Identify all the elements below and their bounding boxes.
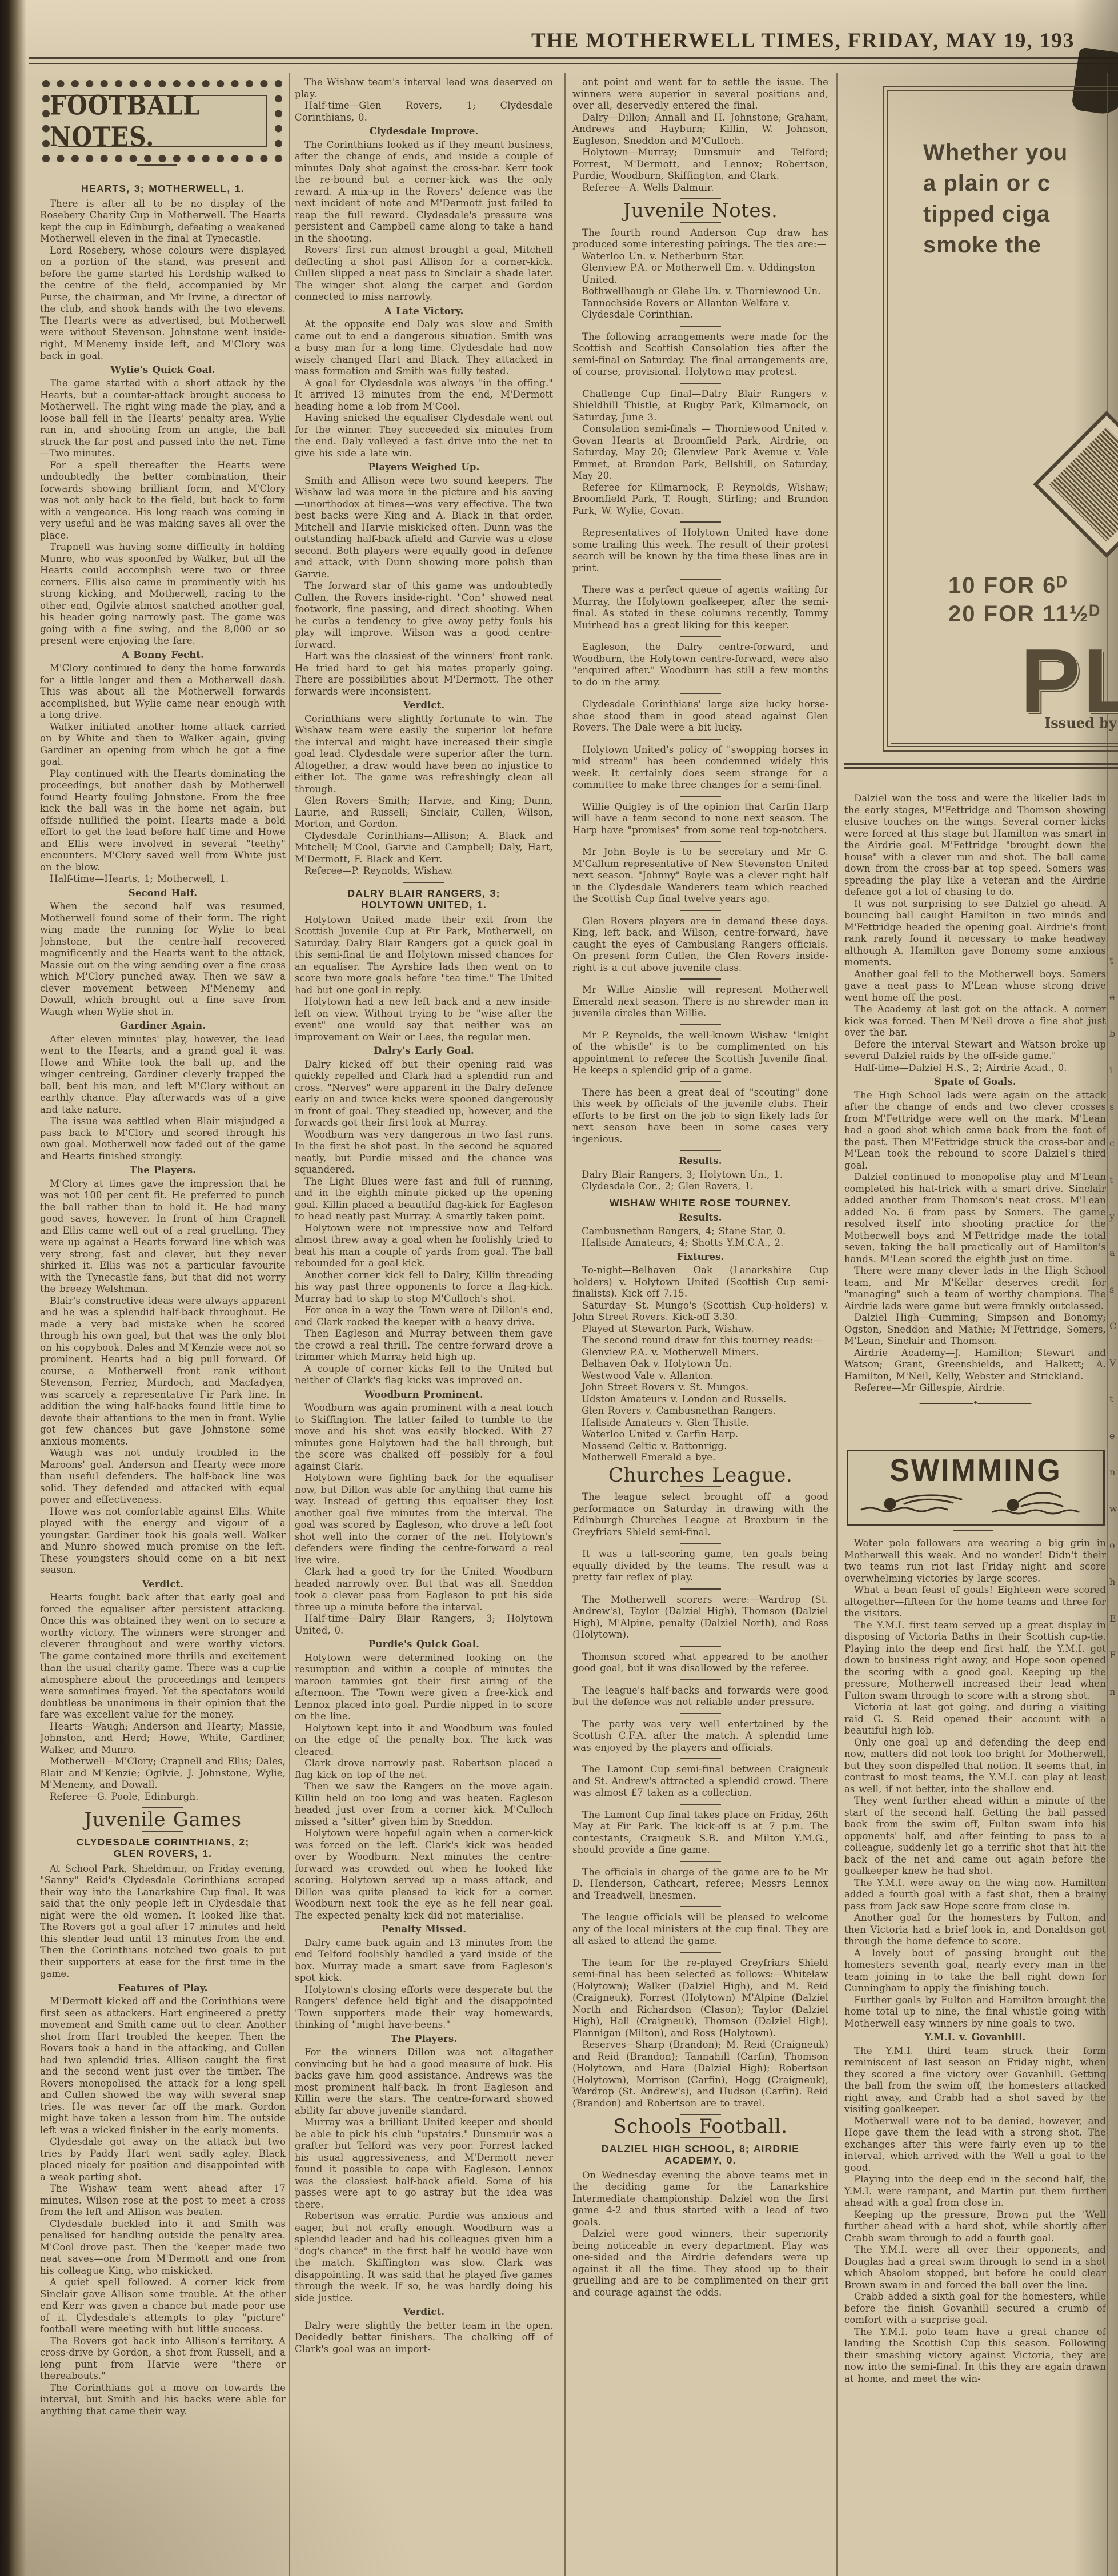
column-rule-3 <box>836 73 838 2576</box>
crosshead: Second Half. <box>40 888 286 900</box>
paragraph: Clark had a good try for the United. Woo… <box>295 1566 553 1613</box>
ornament-divider: ――――――•―――――― <box>844 1398 1106 1410</box>
paragraph: Holytown's closing efforts were desperat… <box>295 1984 553 2031</box>
paragraph: The second round draw for this tourney r… <box>572 1335 828 1347</box>
paragraph: The Corinthians got a move on towards th… <box>40 2382 286 2418</box>
crosshead: Features of Play. <box>40 1983 286 1995</box>
paragraph: Clydesdale buckled into it and Smith was… <box>40 2218 286 2277</box>
paragraph: The league's half-backs and forwards wer… <box>572 1685 828 1708</box>
paragraph: A lovely bout of passing brought out the… <box>844 1948 1106 1995</box>
paragraph: Dalziel were good winners, their superio… <box>572 2228 828 2298</box>
football-notes-box: FOOTBALL NOTES. <box>42 80 282 162</box>
football-notes-divider <box>137 164 177 166</box>
paragraph: Half-time—Dalziel H.S., 2; Airdrie Acad.… <box>844 1062 1106 1074</box>
section-heading: Juvenile Games <box>40 1814 286 1826</box>
crosshead: Verdict. <box>40 1579 286 1591</box>
crosshead: The Players. <box>295 2033 553 2045</box>
ad-frame: Whether you a plain or c tipped ciga smo… <box>887 90 1118 747</box>
divider-rule <box>680 693 721 694</box>
crosshead: Verdict. <box>295 700 553 712</box>
paragraph: Referee—G. Poole, Edinburgh. <box>40 1791 286 1803</box>
paragraph: Victoria at last got going, and during a… <box>844 1702 1106 1737</box>
ad-price-10: 10 FOR 6ᴰ <box>948 573 1068 599</box>
paragraph: For once in a way the 'Town were at Dill… <box>295 1305 553 1328</box>
column-4-lower: Water polo followers are wearing a big g… <box>844 1538 1106 2575</box>
paragraph: Hearts fought back after that early goal… <box>40 1592 286 1721</box>
paragraph: M'Clory continued to deny the home forwa… <box>40 663 286 721</box>
divider-rule <box>680 636 721 637</box>
paragraph: Before the interval Stewart and Watson b… <box>844 1039 1106 1062</box>
paragraph: Crabb added a sixth goal for the homeste… <box>844 2291 1106 2326</box>
divider-rule <box>680 383 721 384</box>
paragraph: After eleven minutes' play, however, the… <box>40 1034 286 1116</box>
ad-headline-line1: Whether you <box>923 140 1068 166</box>
column-2: The Wishaw team's interval lead was dese… <box>295 77 553 2574</box>
divider-rule <box>680 841 721 842</box>
score-heading: DALZIEL HIGH SCHOOL, 8; AIRDRIE ACADEMY,… <box>572 2143 828 2166</box>
cut-off-column-fragments: t e b i s c t y a s C V t e n w o h E F … <box>1109 942 1118 2542</box>
score-heading: CLYDESDALE CORINTHIANS, 2; GLEN ROVERS, … <box>40 1836 286 1860</box>
paragraph: At School Park, Shieldmuir, on Friday ev… <box>40 1863 286 1980</box>
crosshead: Spate of Goals. <box>844 1076 1106 1088</box>
divider-rule <box>680 1906 721 1907</box>
paragraph: Robertson was erratic. Purdie was anxiou… <box>295 2210 553 2304</box>
divider-rule <box>680 1861 721 1862</box>
paragraph: Motherwell were not to be denied, howeve… <box>844 2116 1106 2174</box>
paragraph: They went further ahead within a minute … <box>844 1795 1106 1877</box>
paragraph: A quiet spell followed. A corner kick fr… <box>40 2277 286 2336</box>
divider-rule <box>680 1679 721 1680</box>
column-3: ant point and went far to settle the iss… <box>572 77 828 2574</box>
crosshead: Dalry's Early Goal. <box>295 1045 553 1057</box>
paragraph: Another goal for the homesters by Fulton… <box>844 1912 1106 1948</box>
crosshead: Players Weighed Up. <box>295 462 553 474</box>
crosshead: Results. <box>572 1212 828 1224</box>
paragraph: Walker initiated another home attack car… <box>40 721 286 768</box>
score-heading: DALRY BLAIR RANGERS, 3; HOLYTOWN UNITED,… <box>295 888 553 911</box>
paragraph: Holytown—Murray; Dunsmuir and Telford; F… <box>572 147 828 182</box>
crosshead: Fixtures. <box>572 1251 828 1263</box>
paragraph: Motherwell—M'Clory; Crapnell and Ellis; … <box>40 1756 286 1791</box>
paragraph: Hearts—Waugh; Anderson and Hearty; Massi… <box>40 1721 286 1756</box>
ad-headline-line4: smoke the <box>923 232 1041 258</box>
paragraph: The Y.M.I. were away on the wing now. Ha… <box>844 1877 1106 1913</box>
paragraph: The officials in charge of the game are … <box>572 1867 828 1902</box>
fixture-list: Glenview P.A. v. Motherwell Miners. Belh… <box>572 1347 828 1464</box>
paragraph: Mr Willie Ainslie will represent Motherw… <box>572 984 828 1020</box>
paragraph: The Wishaw team went ahead after 17 minu… <box>40 2183 286 2218</box>
ad-inner-frame: Whether you a plain or c tipped ciga smo… <box>891 94 1118 744</box>
paragraph: Further goals by Fulton and Hamilton bro… <box>844 1995 1106 2030</box>
crosshead: Penalty Missed. <box>295 1924 553 1936</box>
fixture-list: Waterloo Un. v. Netherburn Star. Glenvie… <box>572 251 828 321</box>
swimmers-illustration <box>848 1484 1103 1522</box>
ad-issued-by: Issued by The <box>1044 715 1118 731</box>
paragraph: Smith and Allison were two sound keepers… <box>295 475 553 581</box>
paragraph: Holytown had a new left back and a new i… <box>295 996 553 1043</box>
paragraph: The game started with a short attack by … <box>40 378 286 460</box>
paragraph: Half-time—Dalry Blair Rangers, 3; Holyto… <box>295 1613 553 1636</box>
paragraph: Clydesdale got away on the attack but tw… <box>40 2136 286 2183</box>
paragraph: Mr John Boyle is to be secretary and Mr … <box>572 846 828 905</box>
paragraph: At the opposite end Daly was slow and Sm… <box>295 319 553 378</box>
paragraph: Holytown were fighting back for the equa… <box>295 1472 553 1566</box>
paragraph: A couple of corner kicks fell to the Uni… <box>295 1363 553 1387</box>
paragraph: It was not surprising to see Dalziel go … <box>844 898 1106 969</box>
crosshead: The Players. <box>40 1165 286 1177</box>
divider-rule <box>680 796 721 797</box>
paragraph: Holytown were determined looking on the … <box>295 1652 553 1723</box>
column-rule-1 <box>289 73 290 2576</box>
paragraph: Representatives of Holytown United have … <box>572 527 828 574</box>
paragraph: Then Eagleson and Murray between them ga… <box>295 1328 553 1363</box>
paragraph: Airdrie Academy—J. Hamilton; Stewart and… <box>844 1347 1106 1383</box>
paragraph: Glen Rovers players are in demand these … <box>572 916 828 974</box>
paragraph: Blair's constructive ideas were always a… <box>40 1295 286 1448</box>
paragraph: Thomson scored what appeared to be anoth… <box>572 1651 828 1675</box>
football-notes-title: FOOTBALL NOTES. <box>50 90 275 153</box>
paragraph: The Motherwell scorers were:—Wardrop (St… <box>572 1594 828 1641</box>
masthead-rule-top <box>29 57 1118 59</box>
ad-diamond-logo <box>1033 411 1118 557</box>
paragraph: Having snicked the equaliser Clydesdale … <box>295 412 553 459</box>
paragraph: Dalziel continued to monopolise play and… <box>844 1171 1106 1265</box>
masthead-title: THE MOTHERWELL TIMES, FRIDAY, MAY 19, 19… <box>531 29 1075 53</box>
paragraph: The team for the re-played Greyfriars Sh… <box>572 1957 828 2040</box>
paragraph: Lord Rosebery, whose colours were displa… <box>40 245 286 362</box>
paragraph: Holytown United made their exit from the… <box>295 914 553 997</box>
paragraph: Referee—A. Wells Dalmuir. <box>572 182 828 194</box>
paragraph: Reserves—Sharp (Brandon); M. Reid (Craig… <box>572 2039 828 2109</box>
paragraph: Half-time—Hearts, 1; Motherwell, 1. <box>40 873 286 885</box>
paragraph: The Y.M.I. third team struck their form … <box>844 2045 1106 2116</box>
divider-rule <box>680 739 721 740</box>
paragraph: The league select brought off a good per… <box>572 1491 828 1538</box>
paragraph: Murray was a brilliant United keeper and… <box>295 2117 553 2210</box>
paragraph: Dalziel High—Cumming; Simpson and Bonomy… <box>844 1312 1106 1347</box>
paragraph: Hart was the classiest of the winners' f… <box>295 651 553 697</box>
paragraph: The forward star of this game was undoub… <box>295 580 553 651</box>
paragraph: The issue was settled when Blair misjudg… <box>40 1116 286 1162</box>
paragraph: Trapnell was having some difficulty in h… <box>40 541 286 647</box>
paragraph: What a bean feast of goals! Eighteen wer… <box>844 1584 1106 1620</box>
paragraph: Dalry came back again and 13 minutes fro… <box>295 1937 553 1984</box>
paragraph: Referee—Mr Gillespie, Airdrie. <box>844 1382 1106 1394</box>
paragraph: Willie Quigley is of the opinion that Ca… <box>572 801 828 837</box>
paragraph: The party was very well entertained by t… <box>572 1719 828 1754</box>
crosshead: Gardiner Again. <box>40 1020 286 1032</box>
paragraph: Holytown kept into it and Woodburn was f… <box>295 1723 553 1758</box>
paragraph: Saturday—St. Mungo's (Scottish Cup-holde… <box>572 1300 828 1323</box>
crosshead: Verdict. <box>295 2306 553 2318</box>
paragraph: M'Dermott kicked off and the Corinthians… <box>40 1996 286 2136</box>
paragraph: It was a tall-scoring game, ten goals be… <box>572 1548 828 1584</box>
divider-rule <box>680 1646 721 1647</box>
paragraph: The Wishaw team's interval lead was dese… <box>295 77 553 100</box>
divider-rule <box>680 1758 721 1759</box>
paragraph: The following arrangements were made for… <box>572 331 828 378</box>
paragraph: Dalry—Dillon; Annall and H. Johnstone; G… <box>572 112 828 147</box>
paragraph: The Lamont Cup semi-final between Craign… <box>572 1764 828 1799</box>
paragraph: Referee—P. Reynolds, Wishaw. <box>295 865 553 877</box>
swimming-title: SWIMMING <box>848 1453 1103 1489</box>
divider-rule <box>680 1150 721 1151</box>
paragraph: For a spell thereafter the Hearts were u… <box>40 460 286 542</box>
divider-rule <box>680 1952 721 1953</box>
paragraph: Dalry kicked off but their opening raid … <box>295 1059 553 1129</box>
paragraph: Waugh was not unduly troubled in the Mar… <box>40 1447 286 1506</box>
paragraph: Rovers' first run almost brought a goal,… <box>295 244 553 303</box>
paragraph: Woodburn was again prominent with a neat… <box>295 1402 553 1472</box>
paragraph: The Y.M.I. first team served up a great … <box>844 1620 1106 1702</box>
fixture-list: Dalry Blair Rangers, 3; Holytown Un., 1.… <box>572 1169 828 1193</box>
paragraph: Mr P. Reynolds, the well-known Wishaw "k… <box>572 1030 828 1077</box>
divider-rule <box>680 579 721 580</box>
paragraph: The league officials will be pleased to … <box>572 1912 828 1947</box>
section-heading: Juvenile Notes. <box>572 205 828 217</box>
paragraph: The Light Blues were fast and full of ru… <box>295 1176 553 1223</box>
paragraph: There has been a great deal of "scouting… <box>572 1087 828 1146</box>
paragraph: There is after all to be no display of t… <box>40 198 286 245</box>
masthead-rule-bottom <box>29 63 1118 64</box>
paragraph: Water polo followers are wearing a big g… <box>844 1538 1106 1584</box>
paragraph: Playing into the deep end in the second … <box>844 2174 1106 2209</box>
divider-rule <box>680 1081 721 1082</box>
paragraph: Holytown were hopeful again when a corne… <box>295 1828 553 1921</box>
paragraph: A goal for Clydesdale was always "in the… <box>295 378 553 413</box>
paragraph: Clydesdale Corinthians—Allison; A. Black… <box>295 830 553 866</box>
column-1: HEARTS, 3; MOTHERWELL, 1.There is after … <box>40 178 286 2571</box>
paragraph: The Corinthians looked as if they meant … <box>295 139 553 245</box>
newspaper-page: THE MOTHERWELL TIMES, FRIDAY, MAY 19, 19… <box>0 0 1118 2576</box>
paragraph: There were many clever lads in the High … <box>844 1265 1106 1312</box>
divider-rule <box>680 1713 721 1714</box>
divider-rule <box>680 1588 721 1590</box>
paragraph: Challenge Cup final—Dalry Blair Rangers … <box>572 388 828 424</box>
paragraph: Dalry were slightly the better team in t… <box>295 2320 553 2356</box>
ad-price-20: 20 FOR 11½ᴰ <box>948 601 1101 627</box>
section-heading: Churches League. <box>572 1470 828 1482</box>
paragraph: The Academy at last got on the attack. A… <box>844 1004 1106 1039</box>
paragraph: M'Clory at times gave the impression tha… <box>40 1178 286 1295</box>
paragraph: Consolation semi-finals — Thorniewood Un… <box>572 423 828 482</box>
paragraph: Played at Stewarton Park, Wishaw. <box>572 1323 828 1335</box>
paragraph: The High School lads were again on the a… <box>844 1090 1106 1172</box>
divider-rule <box>680 978 721 980</box>
paragraph: On Wednesday evening the above teams met… <box>572 2170 828 2229</box>
paragraph: There was a perfect queue of agents wait… <box>572 584 828 631</box>
cigarette-ad: Whether you a plain or c tipped ciga smo… <box>883 86 1118 752</box>
paragraph: The Lamont Cup final takes place on Frid… <box>572 1809 828 1856</box>
score-heading: HEARTS, 3; MOTHERWELL, 1. <box>40 183 286 195</box>
crosshead: A Late Victory. <box>295 306 553 318</box>
paragraph: Glen Rovers—Smith; Harvie, and King; Dun… <box>295 795 553 830</box>
divider-rule <box>680 326 721 327</box>
column-4-upper: Dalziel won the toss and were the likeli… <box>844 793 1106 1445</box>
paragraph: For the winners Dillon was not altogethe… <box>295 2047 553 2117</box>
paragraph: Howe was not comfortable against Ellis. … <box>40 1506 286 1576</box>
paragraph: Another corner kick fell to Dalry, Killi… <box>295 1270 553 1305</box>
paragraph: Eagleson, the Dalry centre-forward, and … <box>572 641 828 688</box>
fixture-list: Cambusnethan Rangers, 4; Stane Star, 0. … <box>572 1226 828 1249</box>
paragraph: Referee for Kilmarnock, P. Reynolds, Wis… <box>572 482 828 517</box>
paragraph: The Y.M.I. were all over their opponents… <box>844 2244 1106 2291</box>
crosshead: Woodburn Prominent. <box>295 1389 553 1401</box>
crosshead: Purdie's Quick Goal. <box>295 1639 553 1651</box>
paragraph: Clydesdale Corinthians' large size lucky… <box>572 699 828 734</box>
paragraph: The Y.M.I. polo team have a great chance… <box>844 2326 1106 2385</box>
paragraph: The Rovers got back into Allison's terri… <box>40 2336 286 2382</box>
ad-headline-line2: a plain or c <box>923 171 1051 196</box>
paragraph: Then we saw the Rangers on the move agai… <box>295 1781 553 1828</box>
paragraph: Clark drove narrowly past. Robertson pla… <box>295 1758 553 1781</box>
paragraph: Only one goal up and defending the deep … <box>844 1737 1106 1796</box>
crosshead: Clydesdale Improve. <box>295 126 553 138</box>
paragraph: Keeping up the pressure, Brown put the '… <box>844 2209 1106 2245</box>
section-heading: Schools Football. <box>572 2121 828 2133</box>
paragraph: Woodburn was very dangerous in two fast … <box>295 1129 553 1176</box>
paragraph: The fourth round Anderson Cup draw has p… <box>572 227 828 251</box>
divider-rule <box>680 521 721 523</box>
paragraph: When the second half was resumed, Mother… <box>40 901 286 1018</box>
swimming-box: SWIMMING <box>847 1450 1105 1526</box>
crosshead: Results. <box>572 1155 828 1167</box>
crosshead: Wylie's Quick Goal. <box>40 364 286 376</box>
crosshead: A Bonny Fecht. <box>40 649 286 661</box>
paragraph: To-night—Belhaven Oak (Lanarkshire Cup h… <box>572 1265 828 1300</box>
divider-rule <box>680 1804 721 1805</box>
paragraph: Play continued with the Hearts dominatin… <box>40 768 286 874</box>
ad-headline-line3: tipped ciga <box>923 202 1050 227</box>
paragraph: ant point and went far to settle the iss… <box>572 77 828 112</box>
paragraph: Another goal fell to the Motherwell boys… <box>844 969 1106 1004</box>
paragraph: Corinthians were slightly fortunate to w… <box>295 713 553 796</box>
paragraph: Holytown were not impressive now and Tel… <box>295 1223 553 1270</box>
paragraph: Holytown United's policy of "swopping ho… <box>572 744 828 791</box>
swimming-divider <box>953 1530 993 1531</box>
score-heading: WISHAW WHITE ROSE TOURNEY. <box>572 1197 828 1209</box>
column-rule-2 <box>564 73 566 2576</box>
divider-rule <box>680 1543 721 1544</box>
divider-rule <box>680 910 721 911</box>
crosshead: Y.M.I. v. Govanhill. <box>844 2032 1106 2044</box>
ad-bottom-rule <box>844 763 1118 765</box>
paragraph: Dalziel won the toss and were the likeli… <box>844 793 1106 898</box>
paragraph: Half-time—Glen Rovers, 1; Clydesdale Cor… <box>295 100 553 123</box>
ad-brand-players: PLA <box>1020 636 1118 726</box>
divider-rule <box>680 1024 721 1025</box>
divider-rule <box>403 882 444 883</box>
